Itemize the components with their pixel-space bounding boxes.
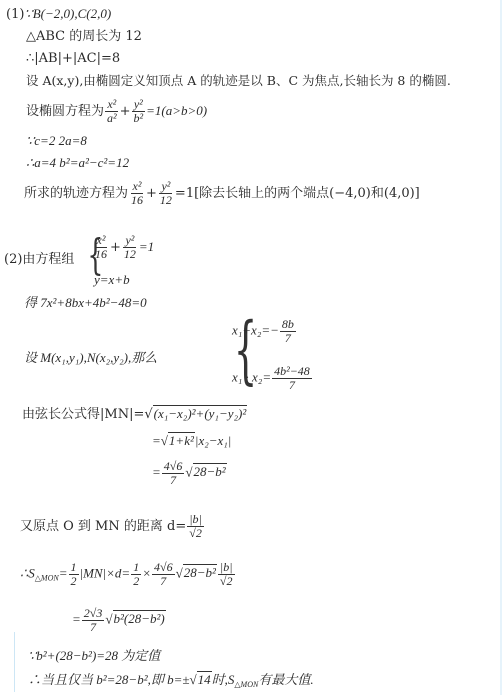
- chord-line2: =√1+k²|x₂−x₁|: [152, 433, 231, 449]
- chord-line1: 由弦长公式得|MN|=√(x₁−x₂)²+(y₁−y₂)²: [22, 406, 247, 423]
- ellipse-eq-prefix: 设椭圆方程为: [26, 104, 104, 119]
- chord-prefix: 由弦长公式得|MN|=: [22, 407, 144, 422]
- fraction-y2-b2: y²b²: [132, 98, 146, 125]
- system-eq1: x²16+y²12=1: [92, 234, 154, 261]
- chord-line3: =4√67√28−b²: [152, 460, 227, 487]
- part1-line6: ∵c=2 2a=8: [26, 133, 87, 149]
- trajectory-eq-prefix: 所求的轨迹方程为: [24, 186, 128, 201]
- distance-line: 又原点 O 到 MN 的距离 d=|b|√2: [20, 513, 205, 540]
- area-final: =2√37√b²(28−b²): [72, 607, 166, 634]
- system-eq2: y=x+b: [94, 272, 130, 288]
- part2-label: (2)由方程组: [4, 252, 74, 268]
- part1-label: (1): [6, 7, 24, 22]
- fraction-x2-a2: x²a²: [105, 98, 119, 125]
- part1-line7: ∴a=4 b²=a²−c²=12: [26, 155, 129, 171]
- set-points: 设 M(x₁,y₁),N(x₂,y₂),那么: [24, 350, 157, 366]
- vieta-sum: x₁+x₂=−8b7: [232, 318, 297, 345]
- part1-line1: (1)∵B(−2,0),C(2,0): [6, 6, 111, 23]
- fraction-x2-16: x²16: [129, 180, 145, 207]
- part1-line2: △ABC 的周长为 12: [26, 29, 142, 45]
- ellipse-eq-suffix: =1(a>b>0): [146, 103, 207, 118]
- part1-line5: 设椭圆方程为x²a²+y²b²=1(a>b>0): [26, 98, 207, 125]
- chord-root1: (x₁−x₂)²+(y₁−y₂)²: [153, 405, 248, 421]
- margin-line: [14, 632, 15, 692]
- part1-line3: ∴|AB|+|AC|=8: [26, 51, 120, 67]
- area-line: ∴S△MON=12|MN|×d=12×4√67√28−b²|b|√2: [20, 561, 236, 588]
- given-points: ∵B(−2,0),C(2,0): [24, 6, 111, 21]
- fraction-y2-12: y²12: [158, 180, 174, 207]
- conclusion-line: ∴当且仅当 b²=28−b²,即 b=±√14时,S△MON有最大值.: [28, 672, 314, 693]
- quadratic-result: 得 7x²+8bx+4b²−48=0: [24, 295, 147, 311]
- part1-line8: 所求的轨迹方程为x²16+y²12=1[除去长轴上的两个端点(−4,0)和(4,…: [24, 180, 420, 207]
- vieta-product: x₁ · x₂=4b²−487: [232, 365, 313, 392]
- constant-sum-line: ∵b²+(28−b²)=28 为定值: [28, 648, 160, 664]
- part1-line4: 设 A(x,y),由椭圆定义知顶点 A 的轨迹是以 B、C 为焦点,长轴长为 8…: [26, 73, 451, 89]
- trajectory-eq-suffix: =1[除去长轴上的两个端点(−4,0)和(4,0)]: [175, 186, 420, 201]
